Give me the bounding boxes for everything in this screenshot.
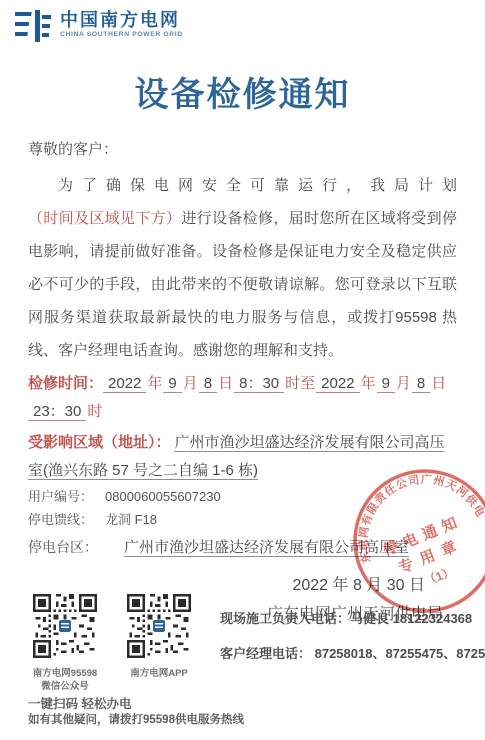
station-line: 停电台区：广州市渔沙坦盛达经济发展有限公司高压室 xyxy=(28,533,457,562)
time-value: 8 xyxy=(412,375,430,393)
contact-info: 现场施工负责人电话：马健良 18122324368 客户经理电话： 872580… xyxy=(220,594,485,678)
station-label: 停电台区： xyxy=(28,539,98,555)
company-logo-text: 中国南方电网 CHINA SOUTHERN POWER GRID xyxy=(60,10,183,39)
maintenance-notice-page: 中国南方电网 CHINA SOUTHERN POWER GRID 设备检修通知 … xyxy=(0,0,485,740)
account-manager-phone: 客户经理电话： 87258018、87255475、87254466 xyxy=(220,643,485,662)
time-value: 8 xyxy=(199,375,217,393)
qr-code-wechat xyxy=(33,594,97,658)
time-unit: 时 xyxy=(87,403,102,420)
footer: 南方电网95598 微信公众号 南方电网APP 现场施工负责人电话：马健良 18… xyxy=(0,594,485,693)
scan-slogan: 一键扫码 轻松办电 xyxy=(28,696,244,712)
time-unit: 月 xyxy=(183,375,198,392)
qr-wechat-label-line2: 微信公众号 xyxy=(20,680,110,693)
customer-no-value: 0800060055607230 xyxy=(105,489,221,504)
paragraph-text-before: 为了确保电网安全可靠运行，我局计划 xyxy=(58,177,457,194)
paragraph-highlight: （时间及区域见下方） xyxy=(28,210,181,227)
time-value: 23：30 xyxy=(28,403,86,421)
qr-wechat-label-line1: 南方电网95598 xyxy=(20,667,110,680)
paragraph-text-after: 进行设备检修，届时您所在区域将受到停电影响，请提前做好准备。设备检修是保证电力安… xyxy=(28,210,457,359)
hotline-note: 如有其他疑问，请拨打95598供电服务热线 xyxy=(28,712,244,729)
feeder-label: 停电馈线： xyxy=(28,512,93,527)
qr-wechat-block: 南方电网95598 微信公众号 xyxy=(20,594,110,693)
station-value: 广州市渔沙坦盛达经济发展有限公司高压室 xyxy=(110,539,423,556)
feeder-line: 停电馈线：龙洞 F18 xyxy=(28,508,457,531)
intro-paragraph: 为了确保电网安全可靠运行，我局计划（时间及区域见下方）进行设备检修，届时您所在区… xyxy=(28,169,457,367)
time-unit: 年 xyxy=(361,375,376,392)
qr-app-label: 南方电网APP xyxy=(114,667,204,680)
affected-area-label: 受影响区域（地址）： xyxy=(28,434,171,451)
bottom-note: 一键扫码 轻松办电 如有其他疑问，请拨打95598供电服务热线 xyxy=(28,696,244,729)
company-name-cn: 中国南方电网 xyxy=(60,10,183,30)
company-name-en: CHINA SOUTHERN POWER GRID xyxy=(60,30,183,39)
feeder-value: 龙洞 F18 xyxy=(105,512,157,527)
time-value: 9 xyxy=(377,375,395,393)
salutation: 尊敬的客户： xyxy=(28,139,457,161)
time-value: 8：30 xyxy=(234,375,284,393)
qr-app-block: 南方电网APP xyxy=(114,594,204,680)
csg-logo-icon xyxy=(15,10,53,47)
time-unit: 日 xyxy=(431,375,446,392)
affected-area-line: 受影响区域（地址）：广州市渔沙坦盛达经济发展有限公司高压室(渔兴东路 57 号之… xyxy=(28,429,457,485)
page-title: 设备检修通知 xyxy=(0,75,485,115)
time-value: 9 xyxy=(163,375,181,393)
time-value: 2022 xyxy=(103,375,146,393)
time-unit: 时至 xyxy=(285,375,315,392)
company-logo: 中国南方电网 CHINA SOUTHERN POWER GRID xyxy=(0,0,485,47)
site-manager-phone: 现场施工负责人电话：马健良 18122324368 xyxy=(220,608,485,627)
letter-body: 尊敬的客户： 为了确保电网安全可靠运行，我局计划（时间及区域见下方）进行设备检修… xyxy=(0,139,485,627)
customer-no-line: 用户编号：0800060055607230 xyxy=(28,485,457,508)
customer-no-label: 用户编号： xyxy=(28,489,93,504)
time-unit: 日 xyxy=(218,375,233,392)
repair-time-line: 检修时间：2022年9月8日8：30时至2022年9月8日23：30时 xyxy=(28,370,457,426)
time-unit: 年 xyxy=(147,375,162,392)
time-unit: 月 xyxy=(396,375,411,392)
qr-code-app xyxy=(127,594,191,658)
time-value: 2022 xyxy=(316,375,359,393)
repair-time-label: 检修时间： xyxy=(28,375,103,392)
